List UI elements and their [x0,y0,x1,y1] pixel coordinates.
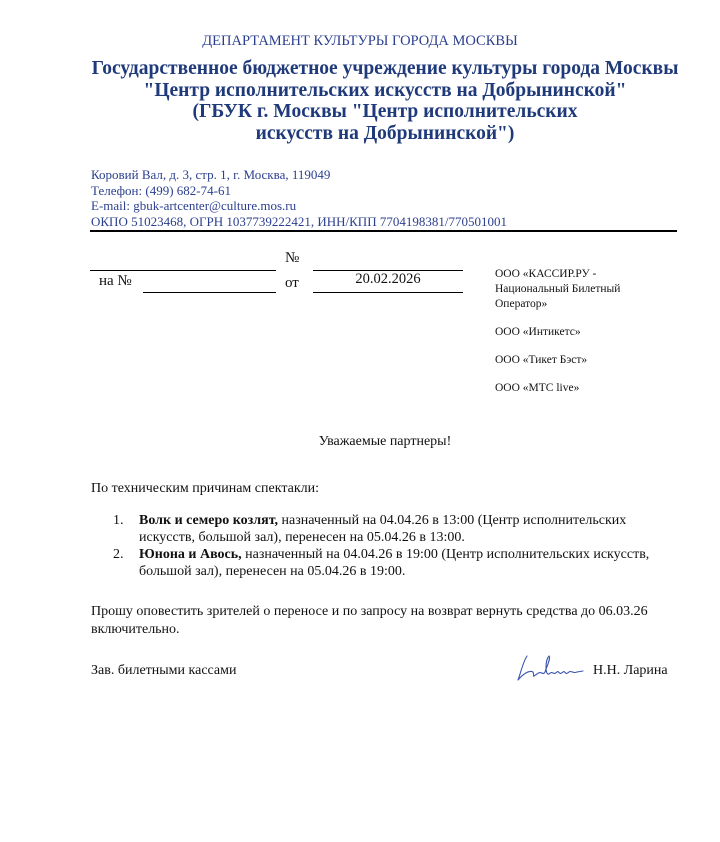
phone: Телефон: (499) 682-74-61 [91,183,507,199]
item-number: 1. [113,513,124,530]
org-line: искусств на Добрынинской") [0,123,720,145]
date-label: от [285,275,299,292]
signer-position: Зав. билетными кассами [91,663,237,679]
recipient: ООО «МТС live» [495,381,645,396]
intro-text: По техническим причинам спектакли: [91,481,319,497]
performance-list: 1. Волк и семеро козлят, назначенный на … [113,513,673,581]
org-line: "Центр исполнительских искусств на Добры… [0,80,720,102]
recipient: ООО «Интикетс» [495,325,645,340]
greeting: Уважаемые партнеры! [0,434,720,450]
department-title: ДЕПАРТАМЕНТ КУЛЬТУРЫ ГОРОДА МОСКВЫ [0,33,720,50]
request-text: Прошу оповестить зрителей о переносе и п… [91,603,681,639]
performance-title: Волк и семеро козлят, [139,513,278,528]
recipient: ООО «Тикет Бэст» [495,353,645,368]
performance-title: Юнона и Авось, [139,547,242,562]
registry-codes: ОКПО 51023468, ОГРН 1037739222421, ИНН/К… [91,214,507,230]
signature-icon [515,652,585,684]
reference-label: на № [99,273,132,290]
date-value: 20.02.2026 [313,271,463,288]
signer-name: Н.Н. Ларина [593,663,668,679]
org-line: (ГБУК г. Москвы "Центр исполнительских [0,101,720,123]
outgoing-number-line [90,270,276,271]
reference-field-line [143,292,276,293]
email: E-mail: gbuk-artcenter@culture.mos.ru [91,198,507,214]
date-field-line [313,292,463,293]
item-number: 2. [113,547,124,564]
number-label: № [285,250,299,267]
address: Коровий Вал, д. 3, стр. 1, г. Москва, 11… [91,167,507,183]
contact-block: Коровий Вал, д. 3, стр. 1, г. Москва, 11… [91,167,507,229]
list-item: 2. Юнона и Авось, назначенный на 04.04.2… [113,547,673,580]
org-line: Государственное бюджетное учреждение кул… [0,58,720,80]
recipient: ООО «КАССИР.РУ - Национальный Билетный О… [495,267,645,312]
header-divider [90,230,677,232]
recipients-list: ООО «КАССИР.РУ - Национальный Билетный О… [495,267,645,409]
organization-name: Государственное бюджетное учреждение кул… [0,58,720,144]
list-item: 1. Волк и семеро козлят, назначенный на … [113,513,673,546]
